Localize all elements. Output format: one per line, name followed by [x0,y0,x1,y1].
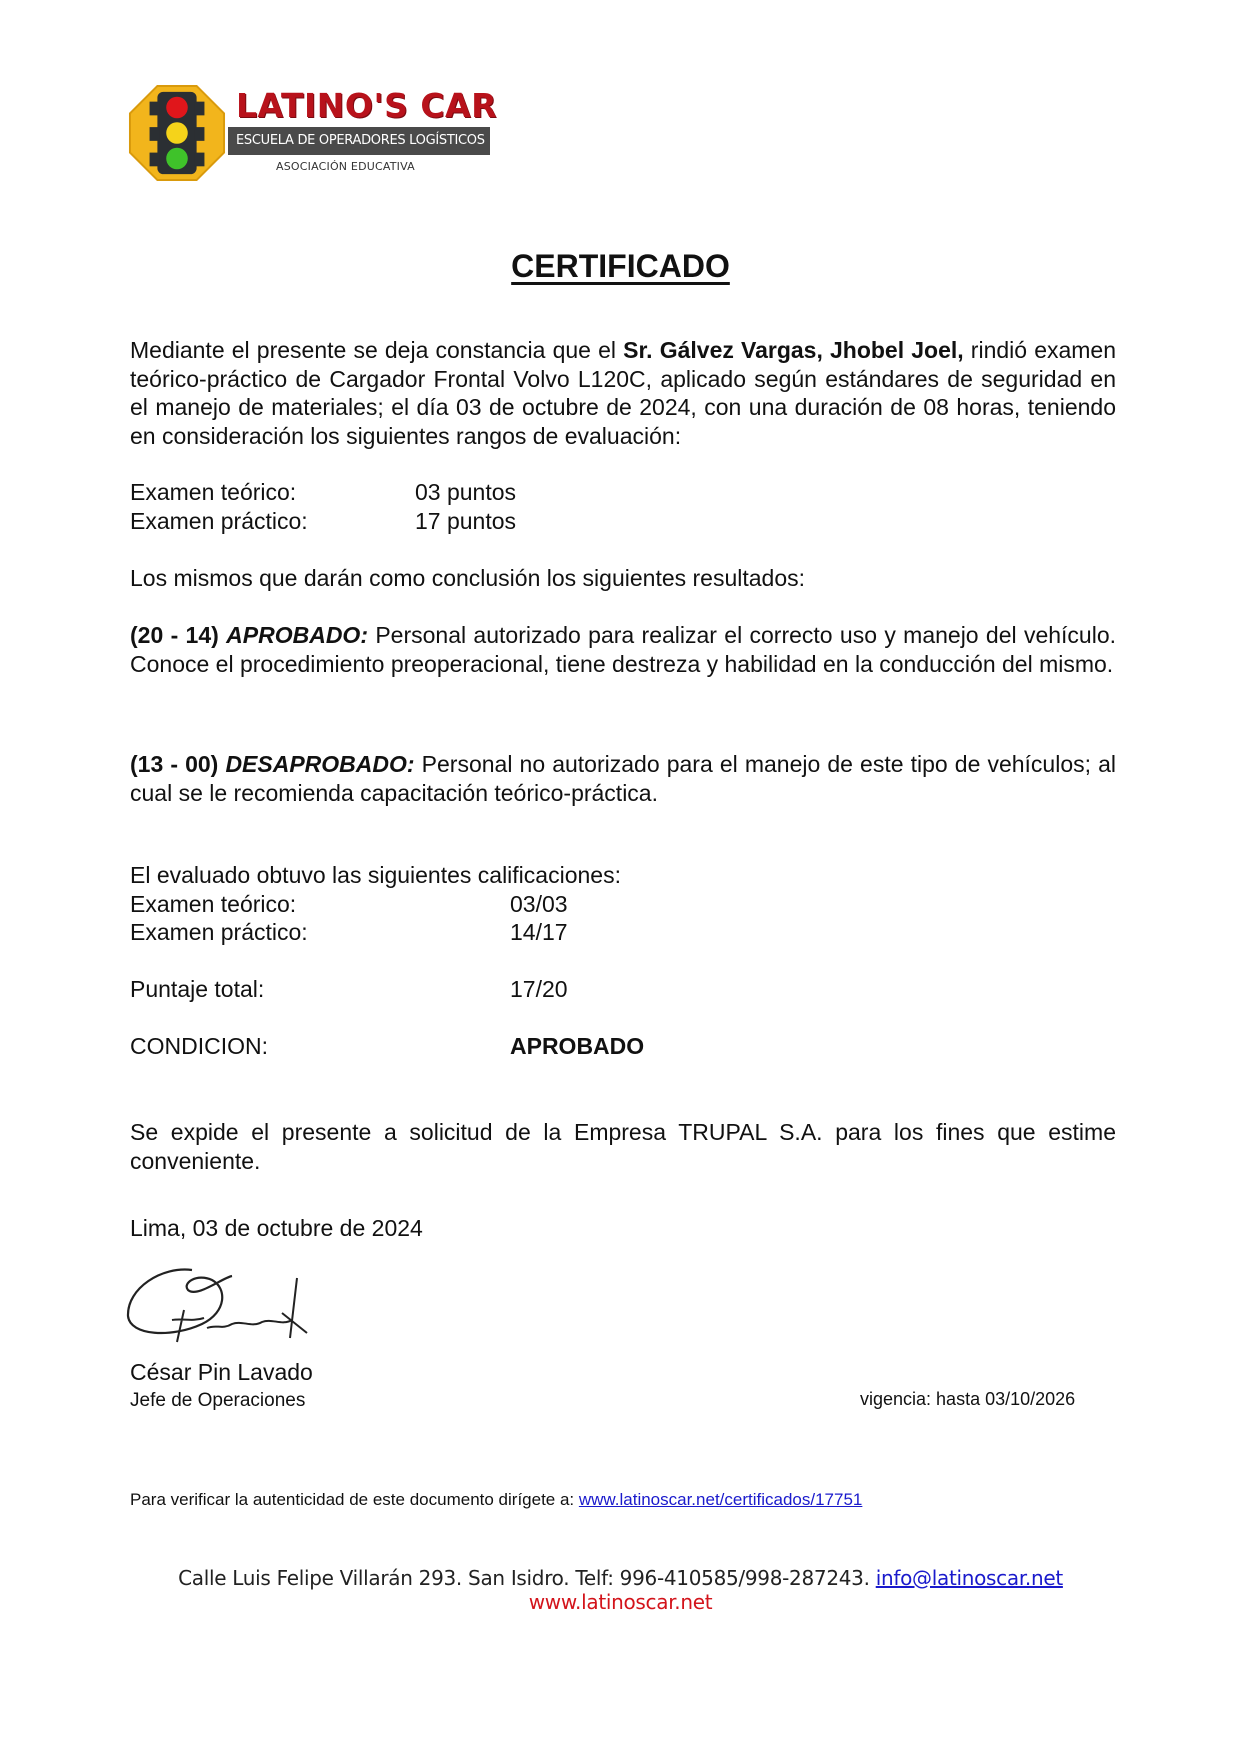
criterion-failed: (13 - 00) DESAPROBADO: Personal no autor… [130,750,1116,807]
range-value: 03 puntos [415,478,516,507]
range-value: 17 puntos [415,507,516,536]
intro-prefix: Mediante el presente se deja constancia … [130,337,623,363]
verify-text: Para verificar la autenticidad de este d… [130,1490,579,1509]
validity-date: vigencia: hasta 03/10/2026 [860,1389,1075,1410]
result-practice: Examen práctico: 14/17 [130,918,1116,947]
footer-website[interactable]: www.latinoscar.net [0,1590,1241,1614]
condition-badge: APROBADO [510,1032,644,1061]
traffic-light-icon [128,83,226,183]
range-row: Examen práctico: 17 puntos [130,507,1116,536]
company-logo: LATINO'S CAR ESCUELA DE OPERADORES LOGÍS… [128,80,498,190]
candidate-name: Sr. Gálvez Vargas, Jhobel Joel, [623,337,964,363]
brand-tagline: ESCUELA DE OPERADORES LOGÍSTICOS [228,127,490,155]
footer-email-link[interactable]: info@latinoscar.net [876,1566,1063,1590]
criterion-status: APROBADO: [226,622,368,648]
intro-paragraph: Mediante el presente se deja constancia … [130,336,1116,450]
issued-paragraph: Se expide el presente a solicitud de la … [130,1118,1116,1175]
range-label: Examen práctico: [130,507,415,536]
result-label: Examen práctico: [130,918,510,947]
page-title: CERTIFICADO [0,248,1241,285]
result-value: 03/03 [510,890,568,919]
conclusion-intro: Los mismos que darán como conclusión los… [130,564,1116,593]
result-total: Puntaje total: 17/20 [130,975,1116,1004]
verify-link[interactable]: www.latinoscar.net/certificados/17751 [579,1490,863,1509]
signatory-name: César Pin Lavado [130,1358,1116,1387]
result-value: 17/20 [510,975,568,1004]
brand-subtitle: ASOCIACIÓN EDUCATIVA [276,160,415,173]
result-label: Examen teórico: [130,890,510,919]
result-value: 14/17 [510,918,568,947]
result-label: CONDICION: [130,1032,510,1061]
criterion-status: DESAPROBADO: [225,751,414,777]
range-label: Examen teórico: [130,478,415,507]
place-date: Lima, 03 de octubre de 2024 [130,1214,1116,1243]
range-row: Examen teórico: 03 puntos [130,478,1116,507]
criterion-range: (13 - 00) [130,751,218,777]
results-section: El evaluado obtuvo las siguientes califi… [130,861,1116,1061]
footer-address: Calle Luis Felipe Villarán 293. San Isid… [178,1566,876,1590]
result-theory: Examen teórico: 03/03 [130,890,1116,919]
result-condition: CONDICION: APROBADO [130,1032,1116,1061]
brand-name: LATINO'S CAR [236,86,497,125]
signature-icon [122,1258,342,1348]
result-label: Puntaje total: [130,975,510,1004]
verify-line: Para verificar la autenticidad de este d… [130,1490,862,1510]
results-intro: El evaluado obtuvo las siguientes califi… [130,861,1116,890]
criterion-approved: (20 - 14) APROBADO: Personal autorizado … [130,621,1116,678]
evaluation-ranges: Examen teórico: 03 puntos Examen práctic… [130,478,1116,535]
footer: Calle Luis Felipe Villarán 293. San Isid… [0,1566,1241,1614]
criterion-range: (20 - 14) [130,622,219,648]
